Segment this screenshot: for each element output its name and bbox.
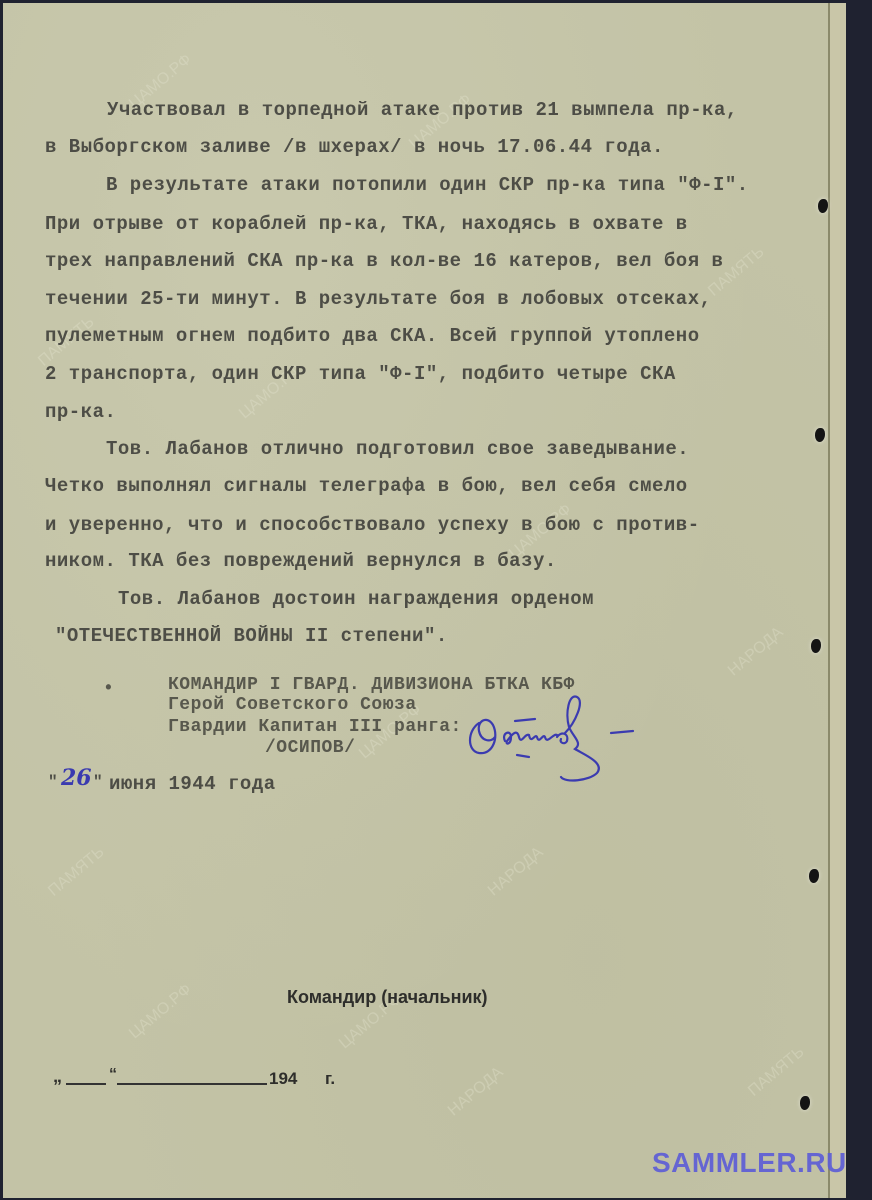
body-line: ником. ТКА без повреждений вернулся в ба… xyxy=(45,550,557,572)
body-line: Тов. Лабанов отлично подготовил свое зав… xyxy=(106,438,689,460)
memory-watermark: ПАМЯТЬ xyxy=(45,843,108,900)
handwritten-day: 26 xyxy=(61,765,92,791)
body-line: Четко выполнял сигналы телеграфа в бою, … xyxy=(45,475,688,497)
date-open-quote: " xyxy=(48,773,58,791)
body-line: Тов. Лабанов достоин награждения орденом xyxy=(118,588,594,610)
memory-watermark: ПАМЯТЬ xyxy=(745,1043,808,1100)
form-date-open-quote: „ xyxy=(53,1066,62,1087)
punch-hole xyxy=(800,1096,810,1110)
form-year-suffix: г. xyxy=(325,1069,335,1089)
body-line: в Выборгском заливе /в шхерах/ в ночь 17… xyxy=(45,136,664,158)
bullet-mark: • xyxy=(103,679,114,699)
date-text: июня 1944 года xyxy=(109,773,276,795)
memory-watermark: НАРОДА xyxy=(445,1064,507,1120)
commander-label: Командир (начальник) xyxy=(287,987,488,1008)
signature-rank: Гвардии Капитан III ранга: xyxy=(168,717,462,737)
body-line: течении 25-ти минут. В результате боя в … xyxy=(45,288,712,310)
body-line: 2 транспорта, один СКР типа "Ф-I", подби… xyxy=(45,363,676,385)
punch-hole xyxy=(811,639,821,653)
body-line: пулеметным огнем подбито два СКА. Всей г… xyxy=(45,325,700,347)
signature-title: КОМАНДИР I ГВАРД. ДИВИЗИОНА БТКА КБФ xyxy=(168,675,575,695)
form-day-blank xyxy=(66,1083,106,1085)
signature-honor: Герой Советского Союза xyxy=(168,695,417,715)
archive-watermark: ЦАМО.РФ xyxy=(126,981,195,1043)
form-month-blank xyxy=(117,1083,267,1085)
body-line: Участвовал в торпедной атаке против 21 в… xyxy=(107,99,738,121)
punch-hole xyxy=(815,428,825,442)
scan-border xyxy=(0,0,872,3)
page-edge xyxy=(828,3,846,1198)
form-year-label: 194 xyxy=(269,1069,297,1089)
body-line: трех направлений СКА пр-ка в кол-ве 16 к… xyxy=(45,250,723,272)
handwritten-signature xyxy=(465,693,665,793)
award-line: "ОТЕЧЕСТВЕННОЙ ВОЙНЫ II степени". xyxy=(55,625,448,647)
body-line: В результате атаки потопили один СКР пр-… xyxy=(106,174,749,196)
punch-hole xyxy=(818,199,828,213)
body-line: и уверенно, что и способствовало успеху … xyxy=(45,514,700,536)
body-line: При отрыве от кораблей пр-ка, ТКА, наход… xyxy=(45,213,688,235)
punch-hole xyxy=(809,869,819,883)
form-date-close-quote: “ xyxy=(109,1066,117,1084)
memory-watermark: НАРОДА xyxy=(725,624,787,680)
document-page: ЦАМО.РФ ЦАМО.РФ ПАМЯТЬ ПАМЯТЬ ЦАМО.РФ ЦА… xyxy=(3,3,846,1198)
memory-watermark: НАРОДА xyxy=(485,844,547,900)
date-close-quote: " xyxy=(93,773,103,791)
brand-watermark: SAMMLER.RU xyxy=(652,1147,847,1179)
body-line: пр-ка. xyxy=(45,401,116,423)
signature-name: /ОСИПОВ/ xyxy=(265,738,355,758)
